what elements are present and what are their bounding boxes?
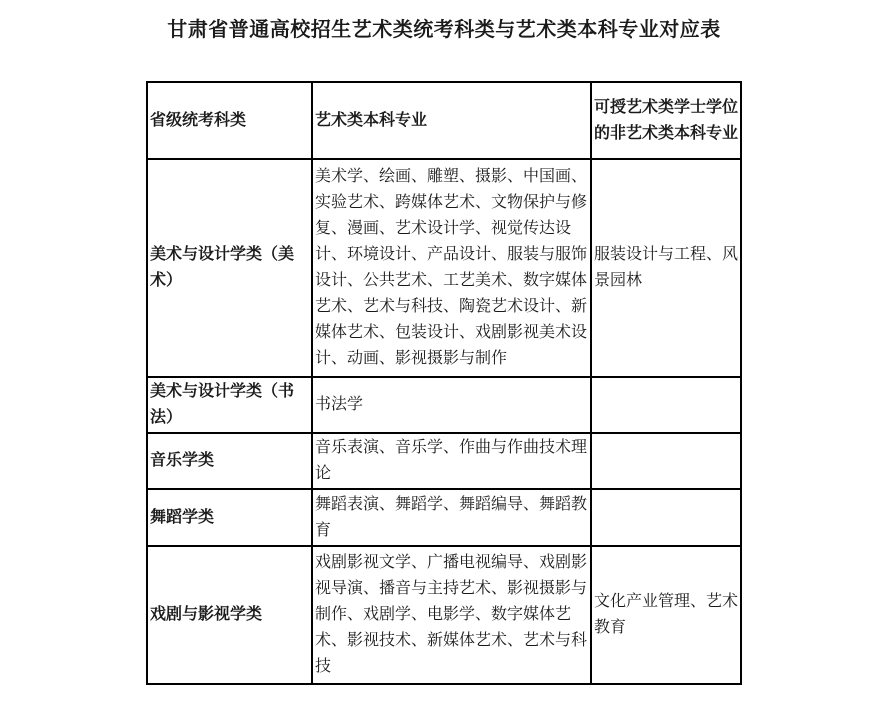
column-header-art-majors: 艺术类本科专业: [312, 82, 591, 159]
cell-art-majors: 音乐表演、音乐学、作曲与作曲技术理论: [312, 433, 591, 489]
document-page: 甘肃省普通高校招生艺术类统考科类与艺术类本科专业对应表 省级统考科类 艺术类本科…: [0, 0, 885, 685]
page-title: 甘肃省普通高校招生艺术类统考科类与艺术类本科专业对应表: [146, 16, 742, 44]
table-header-row: 省级统考科类 艺术类本科专业 可授艺术类学士学位的非艺术类本科专业: [147, 82, 741, 159]
table-row: 美术与设计学类（美术） 美术学、绘画、雕塑、摄影、中国画、实验艺术、跨媒体艺术、…: [147, 159, 741, 377]
cell-non-art-majors: [591, 489, 741, 546]
column-header-non-art-majors: 可授艺术类学士学位的非艺术类本科专业: [591, 82, 741, 159]
column-header-exam-category: 省级统考科类: [147, 82, 312, 159]
cell-category: 戏剧与影视学类: [147, 546, 312, 684]
cell-non-art-majors: [591, 377, 741, 433]
cell-category: 美术与设计学类（书法）: [147, 377, 312, 433]
cell-art-majors: 书法学: [312, 377, 591, 433]
cell-category: 美术与设计学类（美术）: [147, 159, 312, 377]
cell-art-majors: 舞蹈表演、舞蹈学、舞蹈编导、舞蹈教育: [312, 489, 591, 546]
cell-art-majors: 美术学、绘画、雕塑、摄影、中国画、实验艺术、跨媒体艺术、文物保护与修复、漫画、艺…: [312, 159, 591, 377]
cell-art-majors: 戏剧影视文学、广播电视编导、戏剧影视导演、播音与主持艺术、影视摄影与制作、戏剧学…: [312, 546, 591, 684]
table-row: 音乐学类 音乐表演、音乐学、作曲与作曲技术理论: [147, 433, 741, 489]
cell-non-art-majors: 文化产业管理、艺术教育: [591, 546, 741, 684]
cell-category: 舞蹈学类: [147, 489, 312, 546]
table-row: 戏剧与影视学类 戏剧影视文学、广播电视编导、戏剧影视导演、播音与主持艺术、影视摄…: [147, 546, 741, 684]
exam-category-mapping-table: 省级统考科类 艺术类本科专业 可授艺术类学士学位的非艺术类本科专业 美术与设计学…: [146, 81, 742, 685]
table-row: 美术与设计学类（书法） 书法学: [147, 377, 741, 433]
cell-non-art-majors: 服装设计与工程、风景园林: [591, 159, 741, 377]
cell-category: 音乐学类: [147, 433, 312, 489]
table-row: 舞蹈学类 舞蹈表演、舞蹈学、舞蹈编导、舞蹈教育: [147, 489, 741, 546]
cell-non-art-majors: [591, 433, 741, 489]
